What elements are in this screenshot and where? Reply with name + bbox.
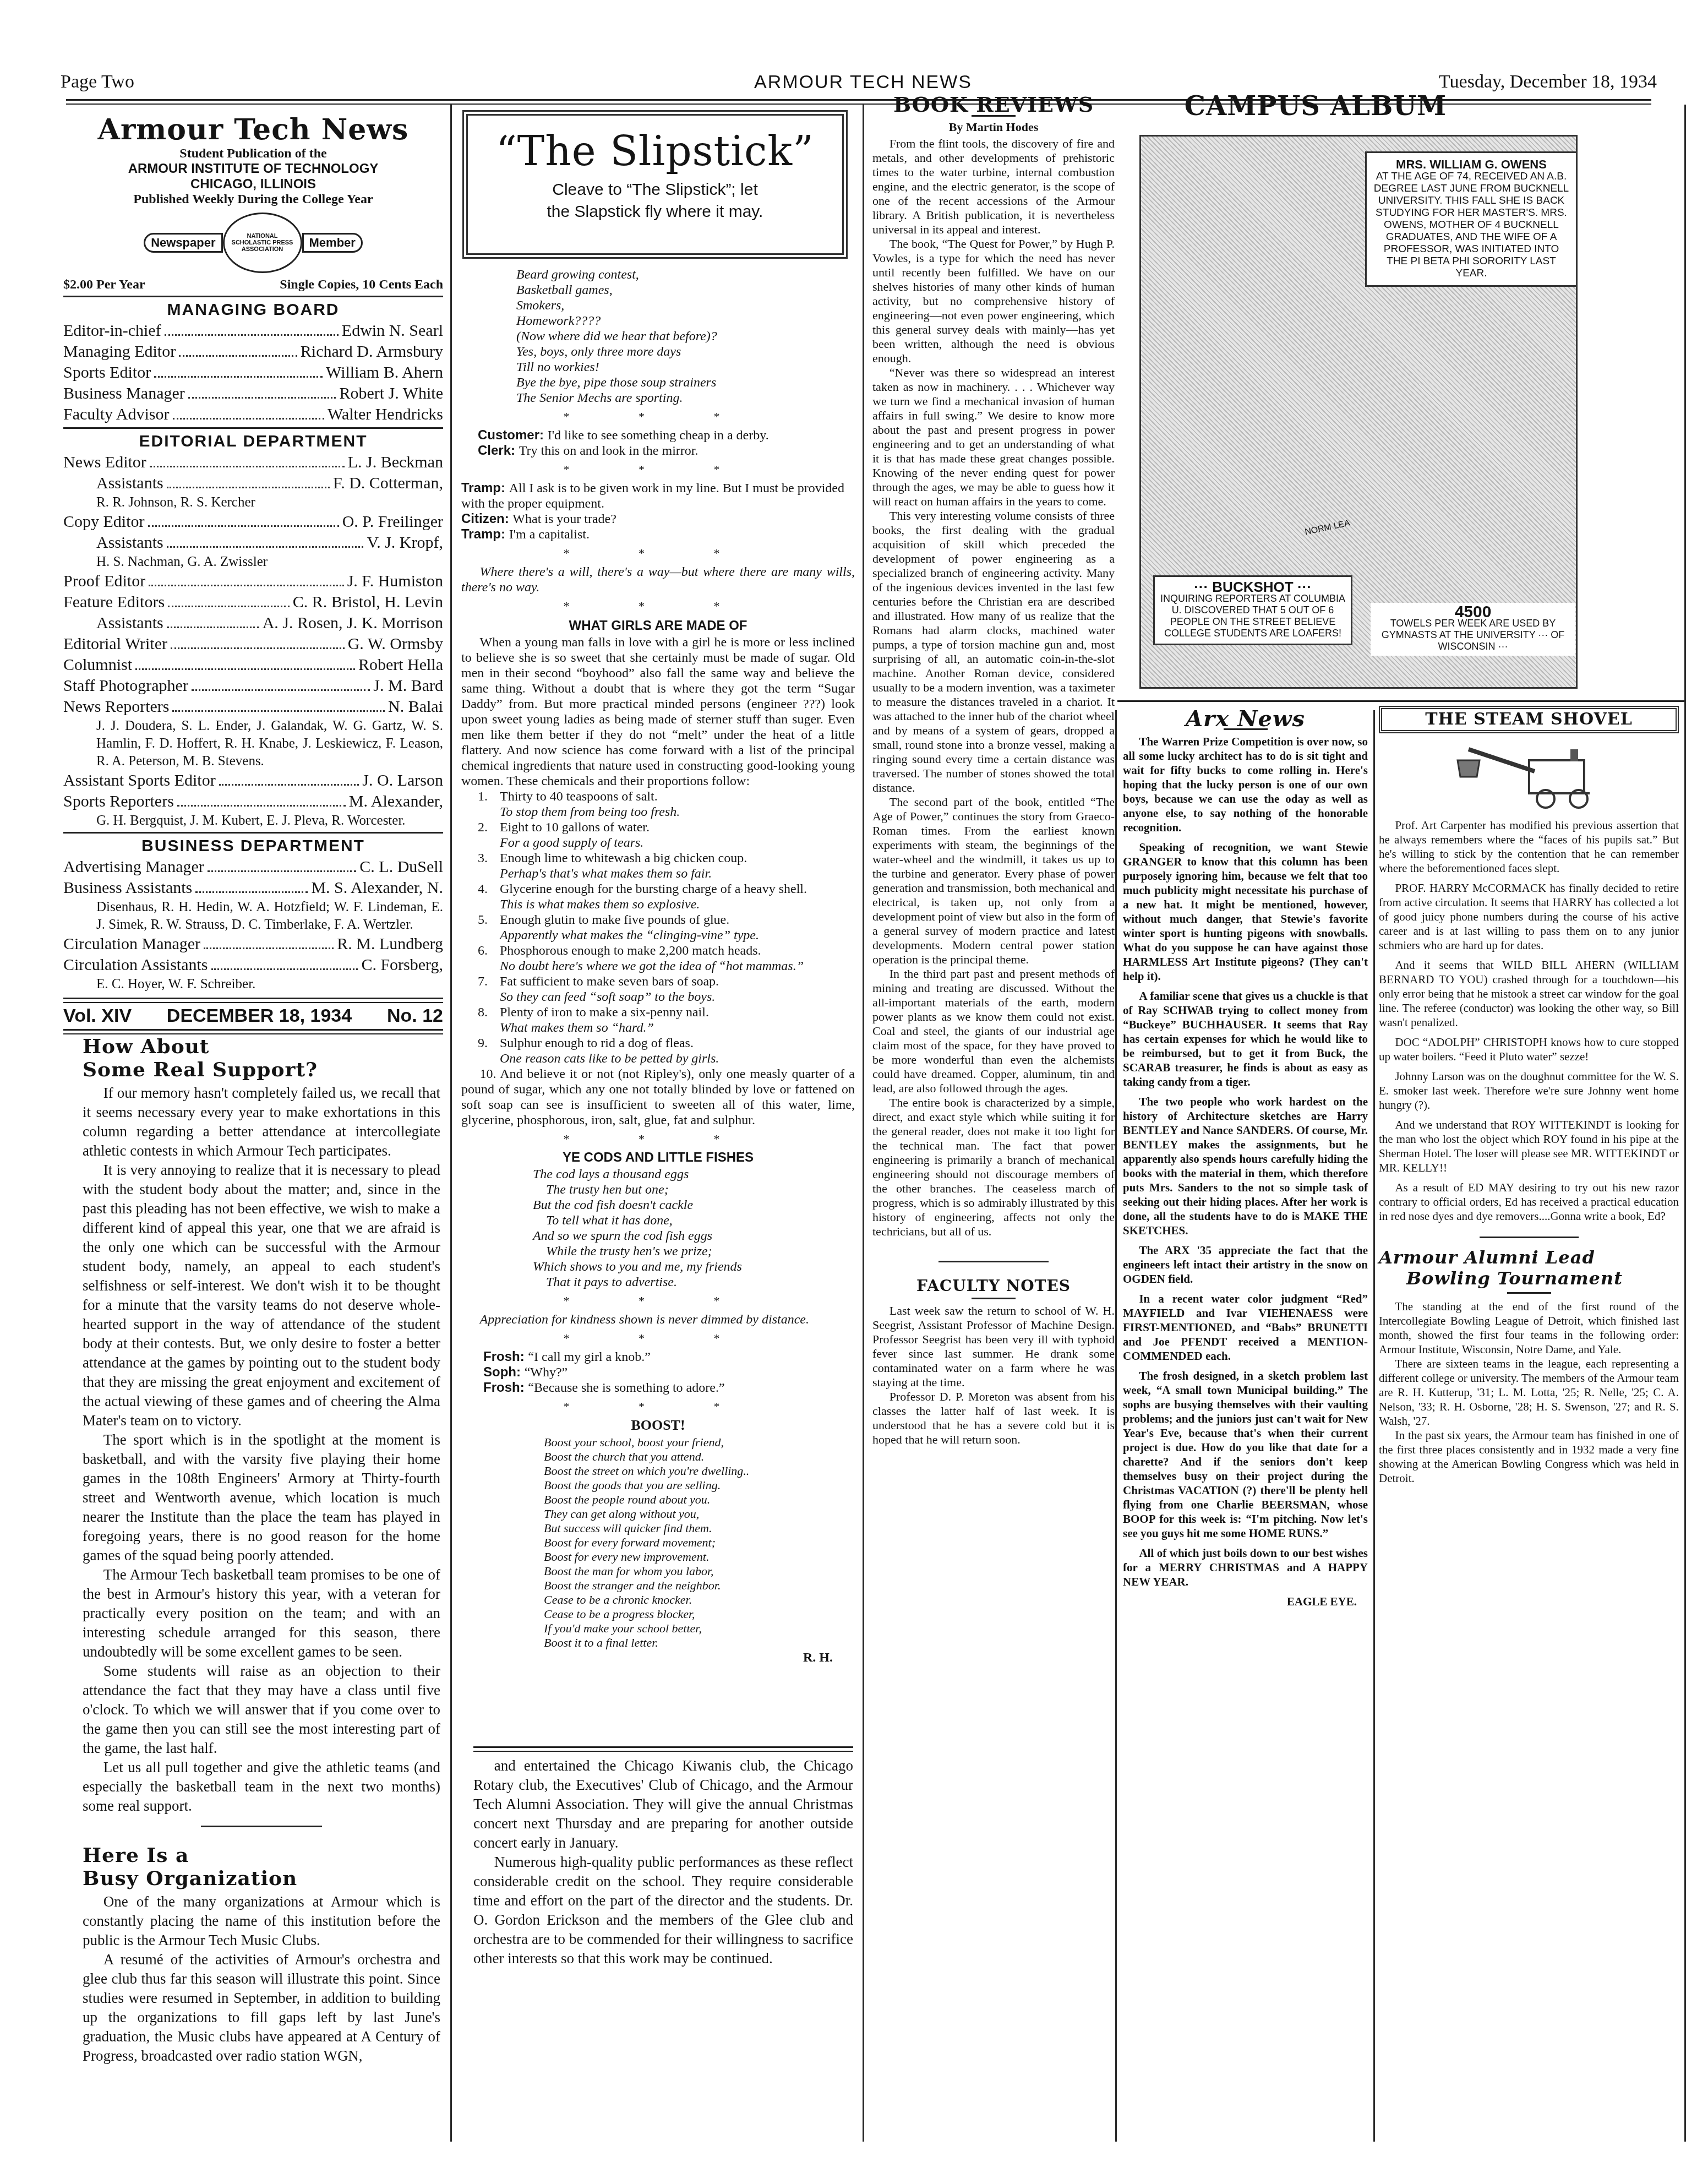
editorial2-title-line2: Busy Organization — [83, 1867, 440, 1890]
staff-name: N. Balai — [388, 696, 443, 717]
leader-dots — [149, 571, 344, 586]
staff-row: ColumnistRobert Hella — [63, 655, 443, 676]
speaker: Tramp: — [461, 481, 509, 495]
dialog-text: I'm a capitalist. — [509, 527, 590, 542]
ingredient-number: 7. — [478, 974, 500, 989]
campus-album-title: CAMPUS ALBUM — [1123, 91, 1508, 122]
masthead-title: Armour Tech News — [63, 113, 443, 146]
staff-row: Circulation AssistantsC. Forsberg, — [63, 955, 443, 976]
masthead-institution: ARMOUR INSTITUTE OF TECHNOLOGY — [63, 161, 443, 177]
dialog-line: Frosh: “Because she is something to ador… — [483, 1380, 855, 1396]
verse-line: Bye the bye, pipe those soup strainers — [516, 375, 855, 390]
ingredient-note: One reason cats like to be petted by gir… — [461, 1051, 855, 1066]
arx-paragraph: The ARX '35 appreciate the fact that the… — [1123, 1243, 1368, 1286]
divider — [1480, 1237, 1579, 1238]
book-reviews-byline: By Martin Hodes — [872, 120, 1115, 134]
masthead-subtitle: Student Publication of the — [63, 146, 443, 161]
ingredient-number: 6. — [478, 943, 500, 958]
steam-shovel-body: Prof. Art Carpenter has modified his pre… — [1379, 818, 1679, 1223]
divider — [1507, 1292, 1551, 1294]
staff-role: Circulation Manager — [63, 934, 200, 955]
staff-row: Managing EditorRichard D. Armsbury — [63, 341, 443, 362]
tramp-joke: Tramp: All I ask is to be given work in … — [461, 481, 855, 542]
dialog-line: Soph: “Why?” — [483, 1365, 855, 1380]
staff-name: V. J. Kropf, — [367, 532, 443, 553]
business-department-list: Advertising ManagerC. L. DuSellBusiness … — [63, 857, 443, 993]
staff-row: Proof EditorJ. F. Humiston — [63, 571, 443, 592]
editorial-paragraph: A resumé of the activities of Armour's o… — [83, 1950, 440, 2066]
leader-dots — [165, 320, 339, 336]
slipstick-column: Beard growing contest,Basketball games,S… — [461, 267, 855, 1665]
editorial-body: If our memory hasn't completely failed u… — [83, 1083, 440, 1816]
ingredient-note: Perhap's that's what makes them so fair. — [461, 866, 855, 881]
verse-line: Boost the stranger and the neighbor. — [544, 1578, 855, 1593]
leader-dots — [204, 934, 334, 949]
staff-name: F. D. Cotterman, — [333, 473, 443, 494]
dialog-text: I'd like to see something cheap in a der… — [548, 428, 769, 443]
staff-names-continued: G. H. Bergquist, J. M. Kubert, E. J. Ple… — [63, 812, 443, 830]
ingredient-note: No doubt here's where we got the idea of… — [461, 958, 855, 974]
editorial-paragraph: Let us all pull together and give the at… — [83, 1758, 440, 1816]
divider — [201, 1826, 322, 1827]
ingredient-item: 8. Plenty of iron to make a six-penny na… — [461, 1005, 855, 1020]
dialog-line: Tramp: All I ask is to be given work in … — [461, 481, 855, 511]
portrait-caption-box: MRS. WILLIAM G. OWENS AT THE AGE OF 74, … — [1365, 151, 1578, 287]
kindness-quip: Appreciation for kindness shown is never… — [461, 1312, 855, 1327]
editorial2-title-line1: Here Is a — [83, 1844, 440, 1867]
leader-dots — [167, 473, 330, 488]
editorial2-continuation: and entertained the Chicago Kiwanis club… — [473, 1756, 853, 1968]
press-association-badge: Newspaper NATIONAL SCHOLASTIC PRESS ASSO… — [63, 213, 443, 273]
staff-names-continued: H. S. Nachman, G. A. Zwissler — [63, 553, 443, 571]
book-reviews-title: BOOK REVIEWS — [872, 97, 1115, 112]
shovel-paragraph: Prof. Art Carpenter has modified his pre… — [1379, 818, 1679, 875]
masthead-city: CHICAGO, ILLINOIS — [63, 177, 443, 192]
speaker: Frosh: — [483, 1349, 528, 1364]
staff-name: M. Alexander, — [349, 791, 443, 812]
shovel-paragraph: PROF. HARRY McCORMACK has finally decide… — [1379, 881, 1679, 952]
separator-stars: * * * — [461, 462, 855, 477]
column-divider — [450, 105, 452, 2142]
staff-role: Circulation Assistants — [63, 955, 208, 976]
ingredient-item: 7. Fat sufficient to make seven bars of … — [461, 974, 855, 989]
ingredient-text: Eight to 10 gallons of water. — [500, 820, 650, 835]
staff-role: Assistant Sports Editor — [63, 770, 216, 791]
managing-board-heading: MANAGING BOARD — [63, 301, 443, 319]
staff-name: A. J. Rosen, J. K. Morrison — [263, 613, 443, 634]
column-divider — [1373, 710, 1375, 2142]
leader-dots — [171, 634, 345, 649]
ingredient-note: So they can feed “soft soap” to the boys… — [461, 989, 855, 1005]
review-paragraph: The second part of the book, entitled “T… — [872, 795, 1115, 967]
bowling-paragraph: In the past six years, the Armour team h… — [1379, 1428, 1679, 1485]
staff-name: J. F. Humiston — [347, 571, 443, 592]
verse-line: Boost the church that you attend. — [544, 1450, 855, 1464]
verse-line: And so we spurn the cod fish eggs — [533, 1228, 855, 1244]
staff-role: News Reporters — [63, 696, 169, 717]
ingredient-item: 9. Sulphur enough to rid a dog of fleas. — [461, 1036, 855, 1051]
dialog-text: Try this on and look in the mirror. — [519, 444, 699, 458]
divider — [1117, 700, 1684, 702]
slipstick-motto-1: Cleave to “The Slipstick”; let — [468, 181, 842, 199]
ingredient-text: Sulphur enough to rid a dog of fleas. — [500, 1036, 694, 1050]
review-paragraph: “Never was there so widespread an intere… — [872, 366, 1115, 509]
masthead-frequency: Published Weekly During the College Year — [63, 192, 443, 207]
staff-name: Edwin N. Searl — [342, 320, 443, 341]
verse-line: But the cod fish doesn't cackle — [533, 1197, 855, 1213]
staff-row: News ReportersN. Balai — [63, 696, 443, 717]
review-paragraph: In the third part past and present metho… — [872, 967, 1115, 1096]
ingredient-number: 4. — [478, 881, 500, 897]
buckshot-text: INQUIRING REPORTERS AT COLUMBIA U. DISCO… — [1159, 593, 1346, 639]
leader-dots — [208, 857, 357, 872]
faculty-paragraph: Professor D. P. Moreton was absent from … — [872, 1390, 1115, 1447]
volume-number: Vol. XIV — [63, 1005, 132, 1027]
staff-name: J. O. Larson — [362, 770, 443, 791]
badge-right: Member — [302, 233, 363, 253]
bowling-paragraph: The standing at the end of the first rou… — [1379, 1299, 1679, 1357]
editorial-paragraph: It is very annoying to realize that it i… — [83, 1161, 440, 1430]
verse-line: Boost the people round about you. — [544, 1493, 855, 1507]
divider — [63, 427, 443, 429]
girls-intro: When a young man falls in love with a gi… — [461, 635, 855, 789]
faculty-notes-title: FACULTY NOTES — [872, 1279, 1115, 1293]
verse-line: Cease to be a progress blocker, — [544, 1607, 855, 1621]
dialog-text: “Why?” — [525, 1365, 568, 1380]
separator-stars: * * * — [461, 546, 855, 561]
ingredient-note: To stop them from being too fresh. — [461, 804, 855, 820]
editorial-paragraph: If our memory hasn't completely failed u… — [83, 1083, 440, 1161]
ingredient-text: Fat sufficient to make seven bars of soa… — [500, 974, 719, 989]
bowling-body: The standing at the end of the first rou… — [1379, 1299, 1679, 1485]
bowling-paragraph: There are sixteen teams in the league, e… — [1379, 1357, 1679, 1428]
divider — [63, 1029, 443, 1034]
verse-line: They can get along without you, — [544, 1507, 855, 1521]
editorial-paragraph: Numerous high-quality public performance… — [473, 1853, 853, 1968]
subscription-price: $2.00 Per Year — [63, 277, 145, 292]
staff-row: AssistantsV. J. Kropf, — [63, 532, 443, 553]
ingredient-item: 5. Enough glutin to make five pounds of … — [461, 912, 855, 928]
editorial-paragraph: One of the many organizations at Armour … — [83, 1892, 440, 1950]
dialog-line: Clerk: Try this on and look in the mirro… — [478, 443, 855, 459]
verse-line: Homework???? — [516, 313, 855, 329]
book-reviews-body: From the flint tools, the discovery of f… — [872, 137, 1115, 1239]
staff-name: R. M. Lundberg — [337, 934, 443, 955]
leader-dots — [179, 341, 297, 357]
verse-line: The cod lays a thousand eggs — [533, 1167, 855, 1182]
running-title: ARMOUR TECH NEWS — [754, 72, 972, 93]
staff-name: C. Forsberg, — [361, 955, 443, 976]
shovel-paragraph: As a result of ED MAY desiring to try ou… — [1379, 1180, 1679, 1223]
staff-role: Assistants — [96, 613, 163, 634]
dialog-line: Frosh: “I call my girl a knob.” — [483, 1349, 855, 1365]
leader-dots — [167, 613, 259, 628]
dialog-line: Tramp: I'm a capitalist. — [461, 527, 855, 542]
staff-role: Sports Reporters — [63, 791, 174, 812]
steam-shovel-icon — [1379, 736, 1679, 818]
shovel-paragraph: And it seems that WILD BILL AHERN (WILLI… — [1379, 958, 1679, 1030]
leader-dots — [188, 383, 336, 399]
verse-line: Cease to be a chronic knocker. — [544, 1593, 855, 1607]
arx-paragraph: The two people who work hardest on the h… — [1123, 1094, 1368, 1238]
verse-line: The Senior Mechs are sporting. — [516, 390, 855, 406]
ingredient-text: Phosphorous enough to make 2,200 match h… — [500, 944, 761, 958]
ingredient-item: 6. Phosphorous enough to make 2,200 matc… — [461, 943, 855, 958]
steam-shovel-title: THE STEAM SHOVEL — [1379, 706, 1679, 733]
staff-name: L. J. Beckman — [348, 452, 443, 473]
staff-row: Sports ReportersM. Alexander, — [63, 791, 443, 812]
arx-news-title: Arx News — [1123, 712, 1368, 726]
staff-role: Sports Editor — [63, 362, 151, 383]
verse-line: Boost it to a final letter. — [544, 1636, 855, 1650]
derby-joke: Customer: I'd like to see something chea… — [461, 428, 855, 459]
dialog-text: What is your trade? — [512, 512, 616, 526]
staff-row: AssistantsF. D. Cotterman, — [63, 473, 443, 494]
boost-heading: BOOST! — [461, 1418, 855, 1433]
slipstick-signature: R. H. — [461, 1650, 855, 1665]
arx-paragraph: Speaking of recognition, we want Stewie … — [1123, 840, 1368, 983]
portrait-name: MRS. WILLIAM G. OWENS — [1372, 159, 1570, 171]
separator-stars: * * * — [461, 1293, 855, 1309]
ingredient-number: 5. — [478, 912, 500, 928]
shovel-paragraph: And we understand that ROY WITTEKINDT is… — [1379, 1118, 1679, 1175]
column-divider — [1115, 710, 1117, 2142]
staff-role: Editorial Writer — [63, 634, 167, 655]
leader-dots — [172, 696, 385, 712]
ingredient-note: What makes them so “hard.” — [461, 1020, 855, 1036]
staff-row: Assistant Sports EditorJ. O. Larson — [63, 770, 443, 791]
staff-name: C. L. DuSell — [359, 857, 443, 878]
ingredient-number: 8. — [478, 1005, 500, 1020]
arx-paragraph: In a recent water color judgment “Red” M… — [1123, 1292, 1368, 1363]
leader-dots — [148, 511, 339, 527]
cods-verse: The cod lays a thousand eggsThe trusty h… — [461, 1167, 855, 1290]
slipstick-banner: “The Slipstick” Cleave to “The Slipstick… — [462, 110, 848, 259]
managing-board-list: Editor-in-chiefEdwin N. SearlManaging Ed… — [63, 320, 443, 425]
faculty-notes-body: Last week saw the return to school of W.… — [872, 1304, 1115, 1447]
divider — [63, 998, 443, 1003]
staff-role: Editor-in-chief — [63, 320, 161, 341]
review-paragraph: The entire book is characterized by a si… — [872, 1096, 1115, 1239]
book-reviews: BOOK REVIEWS By Martin Hodes From the fl… — [872, 91, 1115, 1447]
girls-heading: WHAT GIRLS ARE MADE OF — [461, 618, 855, 634]
verse-line: (Now where did we hear that before)? — [516, 329, 855, 344]
dialog-text: All I ask is to be given work in my line… — [461, 481, 844, 511]
ingredient-text: Glycerine enough for the bursting charge… — [500, 882, 807, 896]
staff-role: Faculty Advisor — [63, 404, 170, 425]
leader-dots — [177, 791, 346, 807]
verse-line: But success will quicker find them. — [544, 1521, 855, 1535]
shovel-paragraph: Johnny Larson was on the doughnut commit… — [1379, 1069, 1679, 1112]
steam-shovel: THE STEAM SHOVEL Prof. Art Carpenter has… — [1379, 704, 1679, 1485]
staff-row: News EditorL. J. Beckman — [63, 452, 443, 473]
issue-number: No. 12 — [387, 1005, 443, 1027]
staff-name: J. M. Bard — [373, 676, 443, 696]
divider — [63, 832, 443, 834]
slipstick-motto-2: the Slapstick fly where it may. — [468, 203, 842, 221]
girls-ingredient-list: 1. Thirty to 40 teaspoons of salt.To sto… — [461, 789, 855, 1066]
editorial-department-list: News EditorL. J. BeckmanAssistantsF. D. … — [63, 452, 443, 830]
staff-row: Sports EditorWilliam B. Ahern — [63, 362, 443, 383]
staff-row: Business ManagerRobert J. White — [63, 383, 443, 404]
leader-dots — [150, 452, 345, 467]
staff-role: Copy Editor — [63, 511, 145, 532]
ingredient-text: Thirty to 40 teaspoons of salt. — [500, 789, 658, 804]
speaker: Frosh: — [483, 1380, 528, 1395]
editorial-paragraph: Some students will raise as an objection… — [83, 1662, 440, 1758]
badge-left: Newspaper — [144, 233, 222, 253]
staff-name: Richard D. Armsbury — [301, 341, 443, 362]
review-paragraph: This very interesting volume consists of… — [872, 509, 1115, 795]
ingredient-note: For a good supply of tears. — [461, 835, 855, 851]
bowling-title-line2: Bowling Tournament — [1379, 1268, 1679, 1289]
staff-name: William B. Ahern — [326, 362, 443, 383]
editorial-real-support: How About Some Real Support? If our memo… — [83, 1035, 440, 2066]
separator-stars: * * * — [461, 598, 855, 614]
staff-role: Assistants — [96, 473, 163, 494]
ingredient-number: 9. — [478, 1036, 500, 1051]
staff-role: Advertising Manager — [63, 857, 204, 878]
ingredient-number: 1. — [478, 789, 500, 804]
boost-verse: Boost your school, boost your friend,Boo… — [461, 1435, 855, 1650]
towels-text: TOWELS PER WEEK ARE USED BY GYMNASTS AT … — [1374, 618, 1572, 652]
divider — [473, 1746, 853, 1752]
faculty-paragraph: Last week saw the return to school of W.… — [872, 1304, 1115, 1390]
verse-line: Boost the goods that you are selling. — [544, 1478, 855, 1493]
arx-news-body: The Warren Prize Competition is over now… — [1123, 734, 1368, 1589]
staff-row: Business AssistantsM. S. Alexander, N. — [63, 878, 443, 898]
separator-stars: * * * — [461, 1331, 855, 1346]
separator-stars: * * * — [461, 1399, 855, 1414]
staff-row: Circulation ManagerR. M. Lundberg — [63, 934, 443, 955]
speaker: Customer: — [478, 428, 548, 443]
ingredient-item: 3. Enough lime to whitewash a big chicke… — [461, 851, 855, 866]
divider — [972, 1298, 1016, 1299]
towels-number: 4500 — [1374, 606, 1572, 618]
knob-joke: Frosh: “I call my girl a knob.”Soph: “Wh… — [461, 1349, 855, 1396]
verse-line: Smokers, — [516, 298, 855, 313]
buckshot-title: ··· BUCKSHOT ··· — [1159, 581, 1346, 593]
dialog-line: Customer: I'd like to see something chea… — [478, 428, 855, 443]
staff-role: Columnist — [63, 655, 132, 676]
editorial-title-line1: How About — [83, 1035, 440, 1058]
column-divider — [863, 105, 864, 2142]
leader-dots — [211, 955, 358, 970]
speaker: Tramp: — [461, 527, 509, 542]
separator-stars: * * * — [461, 409, 855, 424]
ingredient-text: Plenty of iron to make a six-penny nail. — [500, 1005, 709, 1020]
portrait-caption: AT THE AGE OF 74, RECEIVED AN A.B. DEGRE… — [1372, 171, 1570, 280]
staff-role: Managing Editor — [63, 341, 176, 362]
staff-role: Proof Editor — [63, 571, 145, 592]
staff-name: M. S. Alexander, N. — [311, 878, 443, 898]
speaker: Citizen: — [461, 511, 512, 526]
beard-verse: Beard growing contest,Basketball games,S… — [461, 267, 855, 406]
badge-seal: NATIONAL SCHOLASTIC PRESS ASSOCIATION — [223, 213, 302, 273]
staff-role: News Editor — [63, 452, 146, 473]
ingredient-number: 2. — [478, 820, 500, 835]
arx-signature: EAGLE EYE. — [1123, 1594, 1368, 1609]
masthead: Armour Tech News Student Publication of … — [63, 107, 443, 1034]
staff-row: Faculty AdvisorWalter Hendricks — [63, 404, 443, 425]
verse-line: Boost for every new improvement. — [544, 1550, 855, 1564]
staff-role: Staff Photographer — [63, 676, 188, 696]
business-department-heading: BUSINESS DEPARTMENT — [63, 837, 443, 856]
staff-role: Business Assistants — [63, 878, 192, 898]
arx-news: Arx News The Warren Prize Competition is… — [1123, 707, 1368, 1609]
leader-dots — [173, 404, 325, 420]
separator-stars: * * * — [461, 1131, 855, 1147]
staff-row: Editor-in-chiefEdwin N. Searl — [63, 320, 443, 341]
cods-heading: YE CODS AND LITTLE FISHES — [461, 1150, 855, 1165]
staff-name: O. P. Freilinger — [342, 511, 443, 532]
staff-names-continued: E. C. Hoyer, W. F. Schreiber. — [63, 976, 443, 993]
ingredient-item: 4. Glycerine enough for the bursting cha… — [461, 881, 855, 897]
ingredient-note: This is what makes them so explosive. — [461, 897, 855, 912]
leader-dots — [167, 532, 364, 548]
staff-name: Robert Hella — [358, 655, 443, 676]
slipstick-title: “The Slipstick” — [468, 128, 842, 175]
staff-row: Advertising ManagerC. L. DuSell — [63, 857, 443, 878]
staff-role: Assistants — [96, 532, 163, 553]
editorial-department-heading: EDITORIAL DEPARTMENT — [63, 432, 443, 451]
will-quip: Where there's a will, there's a way—but … — [461, 564, 855, 595]
verse-line: Till no workies! — [516, 360, 855, 375]
review-paragraph: The book, “The Quest for Power,” by Hugh… — [872, 237, 1115, 366]
arx-paragraph: A familiar scene that gives us a chuckle… — [1123, 989, 1368, 1089]
verse-line: If you'd make your school better, — [544, 1621, 855, 1636]
single-copy-price: Single Copies, 10 Cents Each — [280, 277, 443, 292]
leader-dots — [192, 676, 370, 691]
verse-line: Basketball games, — [516, 282, 855, 298]
ingredient-number: 3. — [478, 851, 500, 866]
leader-dots — [195, 878, 308, 893]
volume-date: DECEMBER 18, 1934 — [167, 1005, 352, 1027]
editorial-title-line2: Some Real Support? — [83, 1058, 440, 1081]
leader-dots — [135, 655, 355, 670]
editorial-paragraph: and entertained the Chicago Kiwanis club… — [473, 1756, 853, 1853]
staff-role: Feature Editors — [63, 592, 165, 613]
verse-line: Boost the street on which you're dwellin… — [544, 1464, 855, 1478]
shovel-paragraph: DOC “ADOLPH” CHRISTOPH knows how to cure… — [1379, 1035, 1679, 1064]
verse-line: That it pays to advertise. — [533, 1275, 855, 1290]
staff-name: C. R. Bristol, H. Levin — [293, 592, 443, 613]
girls-final-item: 10. And believe it or not (not Ripley's)… — [461, 1066, 855, 1128]
page-number: Page Two — [61, 72, 134, 92]
speaker: Soph: — [483, 1365, 525, 1380]
staff-names-continued: J. J. Doudera, S. L. Ender, J. Galandak,… — [63, 717, 443, 770]
ingredient-text: Enough lime to whitewash a big chicken c… — [500, 851, 747, 865]
ingredient-item: 1. Thirty to 40 teaspoons of salt. — [461, 789, 855, 804]
arx-paragraph: The frosh designed, in a sketch problem … — [1123, 1369, 1368, 1540]
staff-row: Editorial WriterG. W. Ormsby — [63, 634, 443, 655]
ingredient-note: Apparently what makes the “clinging-vine… — [461, 928, 855, 943]
staff-name: G. W. Ormsby — [348, 634, 443, 655]
dialog-line: Citizen: What is your trade? — [461, 511, 855, 527]
verse-line: Boost the man for whom you labor, — [544, 1564, 855, 1578]
verse-line: Yes, boys, only three more days — [516, 344, 855, 360]
arx-paragraph: All of which just boils down to our best… — [1123, 1546, 1368, 1589]
ingredient-text: Enough glutin to make five pounds of glu… — [500, 913, 729, 927]
volume-bar: Vol. XIV DECEMBER 18, 1934 No. 12 — [63, 1003, 443, 1029]
divider — [938, 1261, 1049, 1262]
divider — [63, 296, 443, 297]
verse-line: While the trusty hen's we prize; — [533, 1244, 855, 1259]
towels-box: 4500 TOWELS PER WEEK ARE USED BY GYMNAST… — [1371, 603, 1575, 656]
bowling-title-line1: Armour Alumni Lead — [1379, 1247, 1679, 1268]
staff-role: Business Manager — [63, 383, 185, 404]
verse-line: Boost your school, boost your friend, — [544, 1435, 855, 1450]
